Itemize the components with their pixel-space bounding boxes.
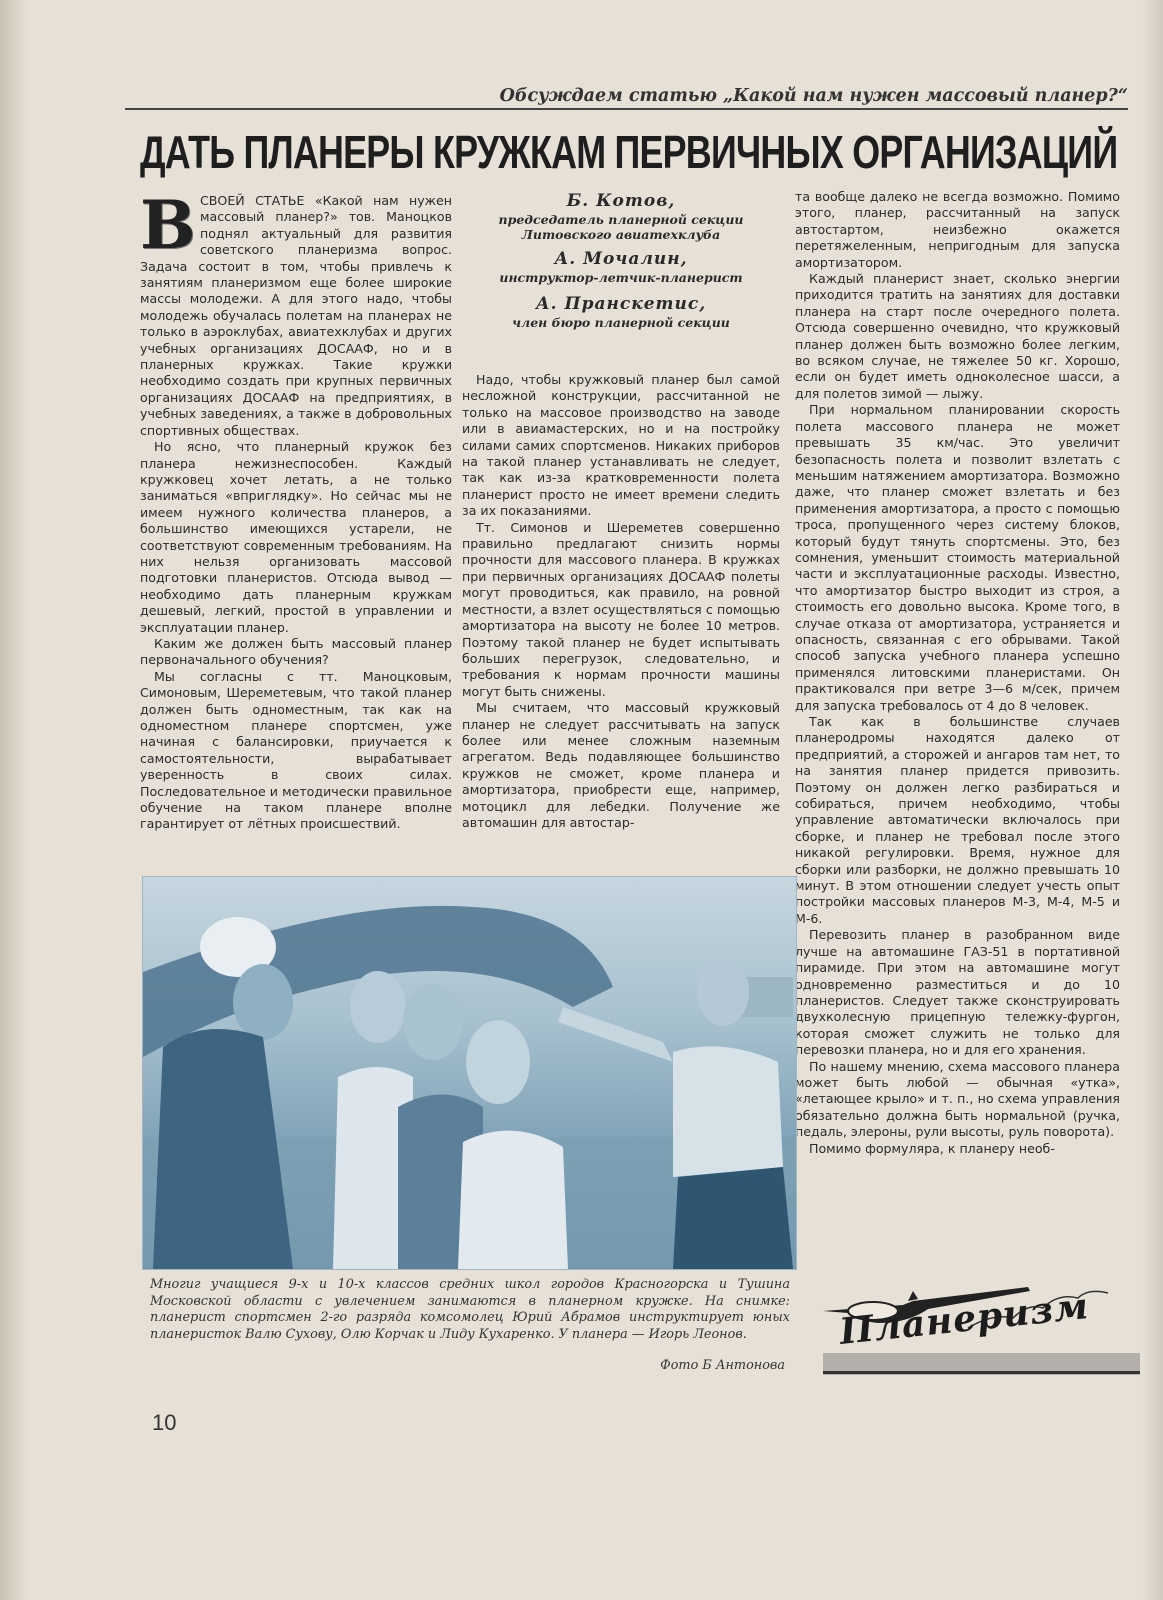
paragraph: Каждый планерист знает, сколько энергии … — [795, 271, 1120, 402]
paragraph: Перевозить планер в разобранном виде луч… — [795, 927, 1120, 1058]
photo-credit: Фото Б Антонова — [600, 1358, 785, 1373]
paragraph: ВСВОЕЙ СТАТЬЕ «Какой нам нужен массовый … — [140, 193, 452, 439]
author-name: А. Пранскетис, — [462, 293, 780, 315]
paragraph: По нашему мнению, схема массового планер… — [795, 1059, 1120, 1141]
paragraph: Мы считаем, что массовый кружковый плане… — [462, 700, 780, 831]
paragraph: Мы согласны с тт. Маноцковым, Симоновым,… — [140, 669, 452, 833]
author-role: инструктор-летчик-планерист — [462, 270, 780, 285]
page-right-edge — [1141, 0, 1163, 1600]
paragraph: Каким же должен быть массовый планер пер… — [140, 636, 452, 669]
author-bylines: Б. Котов, председатель планерной секции … — [462, 188, 780, 330]
author-role: председатель планерной секции Литовского… — [462, 212, 780, 242]
paragraph: Но ясно, что планерный кружок без планер… — [140, 439, 452, 636]
author-name: А. Мочалин, — [462, 248, 780, 270]
section-rubric: Обсуждаем статью „Какой нам нужен массов… — [455, 86, 1128, 106]
article-column-2: Надо, чтобы кружковый планер был самой н… — [462, 372, 780, 831]
article-column-1: ВСВОЕЙ СТАТЬЕ «Какой нам нужен массовый … — [140, 193, 452, 833]
paragraph: Так как в большинстве случаев планеродро… — [795, 714, 1120, 927]
page-binding-edge — [0, 0, 30, 1600]
author-name: Б. Котов, — [462, 190, 780, 212]
paragraph: При нормальном планировании скорость пол… — [795, 402, 1120, 714]
page-number: 10 — [152, 1410, 176, 1436]
dropcap-letter: В — [140, 196, 192, 258]
article-column-3: та вообще далеко не всегда возможно. Пом… — [795, 189, 1120, 1157]
paragraph: Помимо формуляра, к планеру необ- — [795, 1141, 1120, 1157]
paragraph: Тт. Симонов и Шереметев совершенно прави… — [462, 520, 780, 700]
paragraph: та вообще далеко не всегда возможно. Пом… — [795, 189, 1120, 271]
photo-gliding-group-illustration — [143, 877, 796, 1269]
article-headline: ДАТЬ ПЛАНЕРЫ КРУЖКАМ ПЕРВИЧНЫХ ОРГАНИЗАЦ… — [140, 125, 920, 179]
author-role: член бюро планерной секции — [462, 315, 780, 330]
rubric-divider — [125, 108, 1128, 110]
paragraph: Надо, чтобы кружковый планер был самой н… — [462, 372, 780, 520]
section-logo: Планеризм — [818, 1283, 1140, 1378]
photo-caption: Многиг учащиеся 9-х и 10-х классов средн… — [150, 1277, 790, 1343]
article-photo — [142, 876, 797, 1270]
